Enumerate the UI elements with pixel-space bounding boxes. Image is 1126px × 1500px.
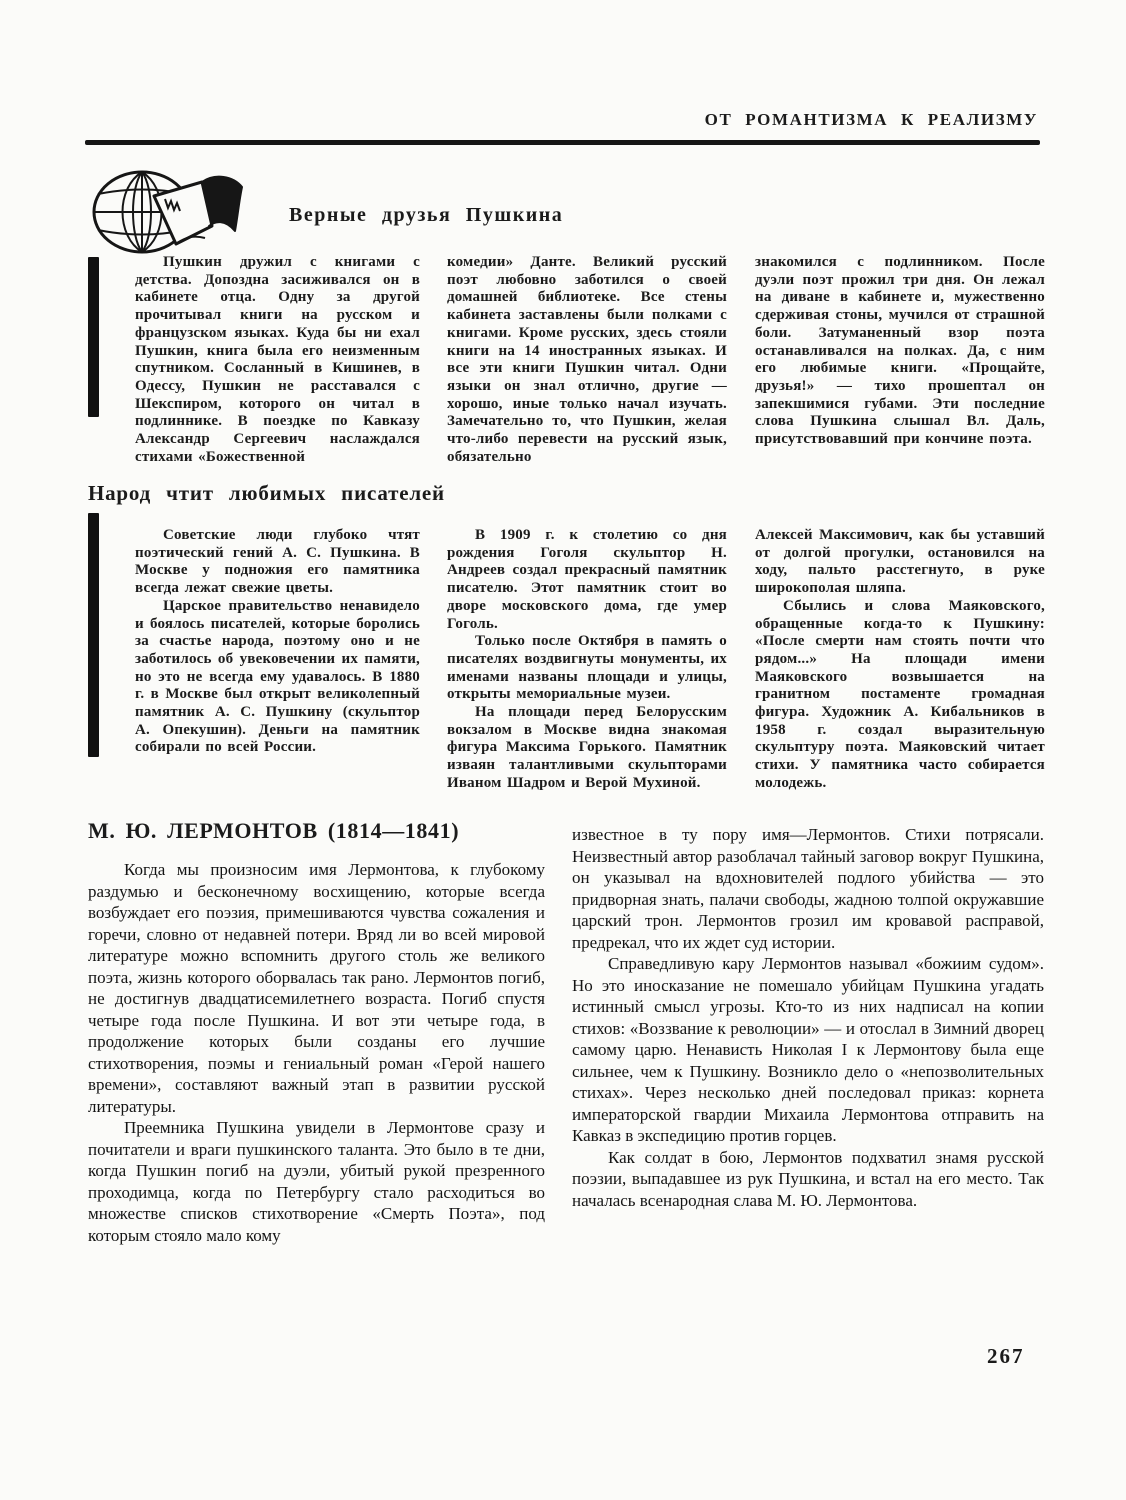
section1-columns: Пушкин дружил с книгами с детства. Допоз…: [85, 254, 1045, 466]
paragraph: На площади перед Белорусским вокзалом в …: [447, 704, 727, 793]
globe-book-flag-icon: [88, 166, 250, 258]
header-rule: [85, 140, 1040, 145]
section2-title: Народ чтит любимых писателей: [88, 481, 445, 506]
section3-column-1: М. Ю. ЛЕРМОНТОВ (1814—1841) Когда мы про…: [88, 818, 545, 1246]
section2-columns: Советские люди глубоко чтят поэтический …: [85, 527, 1045, 793]
paragraph: В 1909 г. к столетию со дня рождения Гог…: [447, 527, 727, 633]
margin-bar: [88, 513, 99, 757]
paragraph: Когда мы произносим имя Лермонтова, к гл…: [88, 859, 545, 1117]
section2-column-1: Советские люди глубоко чтят поэтический …: [85, 527, 420, 793]
section2-column-2: В 1909 г. к столетию со дня рождения Гог…: [447, 527, 727, 793]
section1-column-3: знакомился с подлинником. После дуэли по…: [755, 254, 1045, 466]
section3-title: М. Ю. ЛЕРМОНТОВ (1814—1841): [88, 818, 545, 844]
section3-column-2: известное в ту пору имя—Лермонтов. Стихи…: [572, 818, 1044, 1246]
book-page: ОТ РОМАНТИЗМА К РЕАЛИЗМУ Верные друзья П…: [0, 0, 1126, 1500]
paragraph: Сбылись и слова Маяковского, обращенные …: [755, 598, 1045, 793]
paragraph: знакомился с подлинником. После дуэли по…: [755, 254, 1045, 449]
running-head: ОТ РОМАНТИЗМА К РЕАЛИЗМУ: [705, 110, 1038, 130]
paragraph: Советские люди глубоко чтят поэтический …: [135, 527, 420, 598]
paragraph: Царское правительство ненавидело и бояло…: [135, 598, 420, 757]
paragraph: Пушкин дружил с книгами с детства. Допоз…: [135, 254, 420, 466]
paragraph: известное в ту пору имя—Лермонтов. Стихи…: [572, 824, 1044, 953]
paragraph: Алексей Максимович, как бы уставший от д…: [755, 527, 1045, 598]
section3-columns: М. Ю. ЛЕРМОНТОВ (1814—1841) Когда мы про…: [88, 818, 1044, 1246]
section1-column-1: Пушкин дружил с книгами с детства. Допоз…: [85, 254, 420, 466]
page-number: 267: [987, 1344, 1025, 1369]
section1-title: Верные друзья Пушкина: [289, 204, 563, 227]
paragraph: комедии» Данте. Великий русский поэт люб…: [447, 254, 727, 466]
section1-column-2: комедии» Данте. Великий русский поэт люб…: [447, 254, 727, 466]
paragraph: Преемника Пушкина увидели в Лермонтове с…: [88, 1117, 545, 1246]
margin-bar: [88, 257, 99, 417]
paragraph: Справедливую кару Лермонтов называл «бож…: [572, 953, 1044, 1147]
section2-column-3: Алексей Максимович, как бы уставший от д…: [755, 527, 1045, 793]
paragraph: Как солдат в бою, Лермонтов подхватил зн…: [572, 1147, 1044, 1212]
paragraph: Только после Октября в память о писателя…: [447, 633, 727, 704]
